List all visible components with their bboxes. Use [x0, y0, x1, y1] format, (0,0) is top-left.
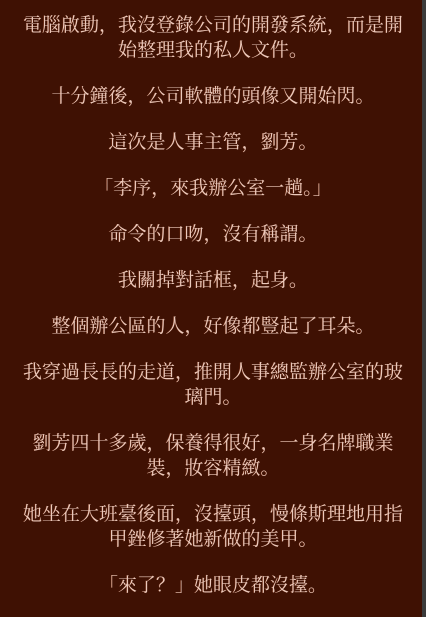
- story-paragraph: 「來了？」她眼皮都沒擡。: [16, 573, 410, 598]
- story-paragraph: 這次是人事主管，劉芳。: [16, 130, 410, 155]
- story-paragraph: 她坐在大班臺後面，沒擡頭，慢條斯理地用指甲銼修著她新做的美甲。: [16, 502, 410, 552]
- story-paragraph: 命令的口吻，沒有稱謂。: [16, 222, 410, 247]
- story-paragraph: 十分鐘後，公司軟體的頭像又開始閃。: [16, 84, 410, 109]
- story-paragraph: 電腦啟動，我沒登錄公司的開發系統，而是開始整理我的私人文件。: [16, 13, 410, 63]
- story-paragraph: 「李序，來我辦公室一趟。」: [16, 176, 410, 201]
- story-paragraph: 劉芳四十多歲，保養得很好，一身名牌職業裝，妝容精緻。: [16, 431, 410, 481]
- story-paragraph: 整個辦公區的人，好像都豎起了耳朵。: [16, 314, 410, 339]
- story-paragraph: 我穿過長長的走道，推開人事總監辦公室的玻璃門。: [16, 360, 410, 410]
- story-paragraph: 我關掉對話框，起身。: [16, 268, 410, 293]
- scrollbar-track[interactable]: [422, 0, 426, 617]
- story-content: 電腦啟動，我沒登錄公司的開發系統，而是開始整理我的私人文件。 十分鐘後，公司軟體…: [0, 0, 426, 598]
- reader-page: 電腦啟動，我沒登錄公司的開發系統，而是開始整理我的私人文件。 十分鐘後，公司軟體…: [0, 0, 426, 617]
